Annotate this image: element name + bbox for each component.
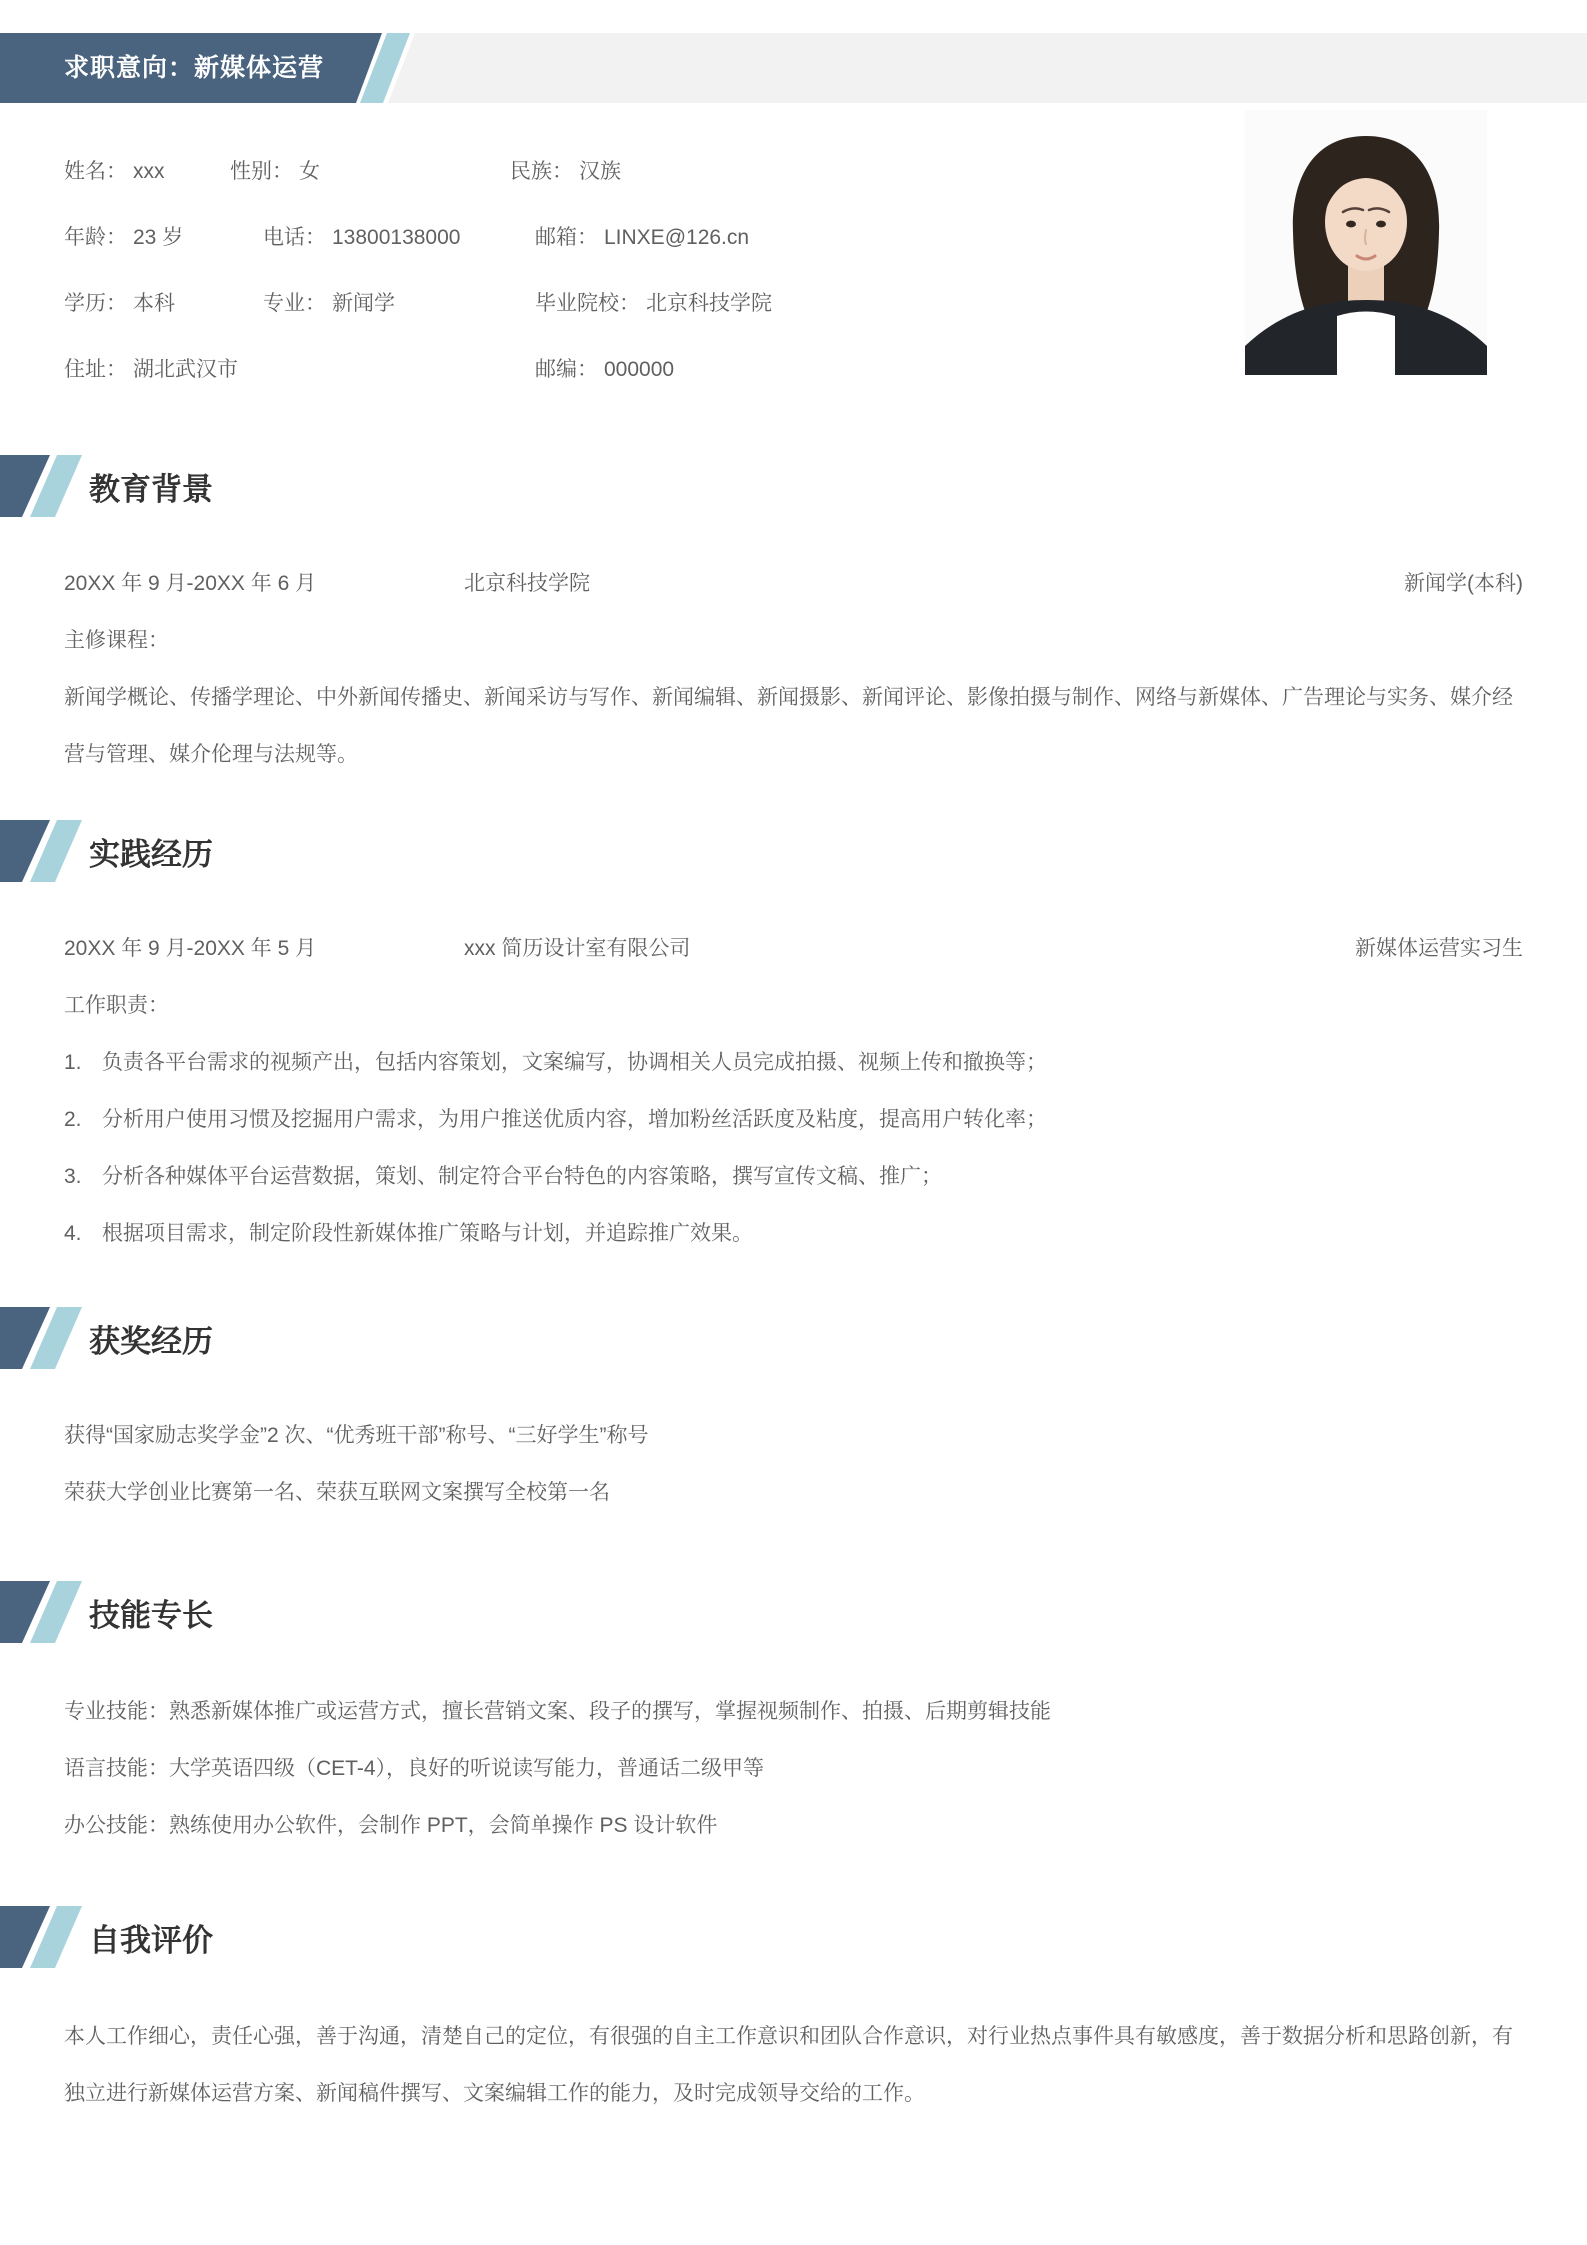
award-line: 荣获大学创业比赛第一名、荣获互联网文案撰写全校第一名 [64,1464,1523,1521]
band-gray-stripe [388,33,1587,103]
list-item: 1.负责各平台需求的视频产出，包括内容策划，文案编写，协调相关人员完成拍摄、视频… [64,1034,1523,1091]
resume-sections: 教育背景 20XX 年 9 月-20XX 年 6 月 北京科技学院 新闻学(本科… [0,412,1587,2122]
degree-field: 学历：本科 [64,287,230,317]
section-header-skills: 技能专长 [0,1581,1587,1643]
courses-label: 主修课程： [64,612,1523,669]
skill-line: 语言技能：大学英语四级（CET-4），良好的听说读写能力，普通话二级甲等 [64,1740,1523,1797]
info-row: 姓名：xxx 性别：女 民族：汉族 [64,137,1204,203]
section-marker-icon [0,820,84,882]
education-entry: 20XX 年 9 月-20XX 年 6 月 北京科技学院 新闻学(本科) [64,555,1523,612]
practice-role: 新媒体运营实习生 [1355,920,1523,977]
education-school: 北京科技学院 [464,555,1404,612]
practice-company: xxx 简历设计室有限公司 [464,920,1355,977]
section-title: 实践经历 [89,829,213,874]
section-header-education: 教育背景 [0,455,1587,517]
zipcode-field: 邮编：000000 [510,353,1204,383]
duties-label: 工作职责： [64,977,1523,1034]
age-field: 年龄：23 岁 [64,221,230,251]
list-item: 2.分析用户使用习惯及挖掘用户需求，为用户推送优质内容，增加粉丝活跃度及粘度，提… [64,1091,1523,1148]
education-body: 20XX 年 9 月-20XX 年 6 月 北京科技学院 新闻学(本科) 主修课… [0,555,1587,783]
skill-line: 办公技能：熟练使用办公软件，会制作 PPT，会简单操作 PS 设计软件 [64,1797,1523,1854]
section-title: 技能专长 [89,1590,213,1635]
job-intention-title: 求职意向：新媒体运营 [64,33,324,103]
duties-list: 1.负责各平台需求的视频产出，包括内容策划，文案编写，协调相关人员完成拍摄、视频… [64,1034,1523,1262]
section-title: 获奖经历 [89,1316,213,1361]
section-marker-icon [0,1307,84,1369]
info-row: 住址：湖北武汉市 邮编：000000 [64,335,1204,401]
address-field: 住址：湖北武汉市 [64,353,230,383]
major-field: 专业：新闻学 [230,287,510,317]
info-row: 学历：本科 专业：新闻学 毕业院校：北京科技学院 [64,269,1204,335]
section-marker-icon [0,1906,84,1968]
practice-body: 20XX 年 9 月-20XX 年 5 月 xxx 简历设计室有限公司 新媒体运… [0,920,1587,1262]
list-item: 3.分析各种媒体平台运营数据，策划、制定符合平台特色的内容策略，撰写宣传文稿、推… [64,1148,1523,1205]
school-field: 毕业院校：北京科技学院 [510,287,1204,317]
skills-body: 专业技能：熟悉新媒体推广或运营方式，擅长营销文案、段子的撰写，掌握视频制作、拍摄… [0,1683,1587,1854]
email-field: 邮箱：LINXE@126.cn [510,221,1204,251]
education-degree: 新闻学(本科) [1404,555,1523,612]
profile-photo [1245,110,1487,375]
evaluation-text: 本人工作细心，责任心强，善于沟通，清楚自己的定位，有很强的自主工作意识和团队合作… [64,2008,1523,2122]
section-header-practice: 实践经历 [0,820,1587,882]
name-field: 姓名：xxx [64,155,230,185]
award-line: 获得“国家励志奖学金”2 次、“优秀班干部”称号、“三好学生”称号 [64,1407,1523,1464]
resume-page: 求职意向：新媒体运营 姓名：xxx 性别：女 民族：汉族 [0,0,1587,2245]
practice-entry: 20XX 年 9 月-20XX 年 5 月 xxx 简历设计室有限公司 新媒体运… [64,920,1523,977]
job-intention-band: 求职意向：新媒体运营 [0,33,1587,103]
courses-text: 新闻学概论、传播学理论、中外新闻传播史、新闻采访与写作、新闻编辑、新闻摄影、新闻… [64,669,1523,783]
section-marker-icon [0,455,84,517]
ethnicity-field: 民族：汉族 [510,155,1204,185]
awards-body: 获得“国家励志奖学金”2 次、“优秀班干部”称号、“三好学生”称号 荣获大学创业… [0,1407,1587,1521]
personal-info: 姓名：xxx 性别：女 民族：汉族 年龄：23 岁 电话：13800138000… [64,137,1204,401]
evaluation-body: 本人工作细心，责任心强，善于沟通，清楚自己的定位，有很强的自主工作意识和团队合作… [0,2008,1587,2122]
list-item: 4.根据项目需求，制定阶段性新媒体推广策略与计划，并追踪推广效果。 [64,1205,1523,1262]
phone-field: 电话：13800138000 [230,221,510,251]
info-row: 年龄：23 岁 电话：13800138000 邮箱：LINXE@126.cn [64,203,1204,269]
section-title: 自我评价 [89,1915,213,1960]
practice-period: 20XX 年 9 月-20XX 年 5 月 [64,920,464,977]
section-header-evaluation: 自我评价 [0,1906,1587,1968]
section-header-awards: 获奖经历 [0,1307,1587,1369]
education-period: 20XX 年 9 月-20XX 年 6 月 [64,555,464,612]
gender-field: 性别：女 [230,155,510,185]
skill-line: 专业技能：熟悉新媒体推广或运营方式，擅长营销文案、段子的撰写，掌握视频制作、拍摄… [64,1683,1523,1740]
section-title: 教育背景 [89,464,213,509]
section-marker-icon [0,1581,84,1643]
